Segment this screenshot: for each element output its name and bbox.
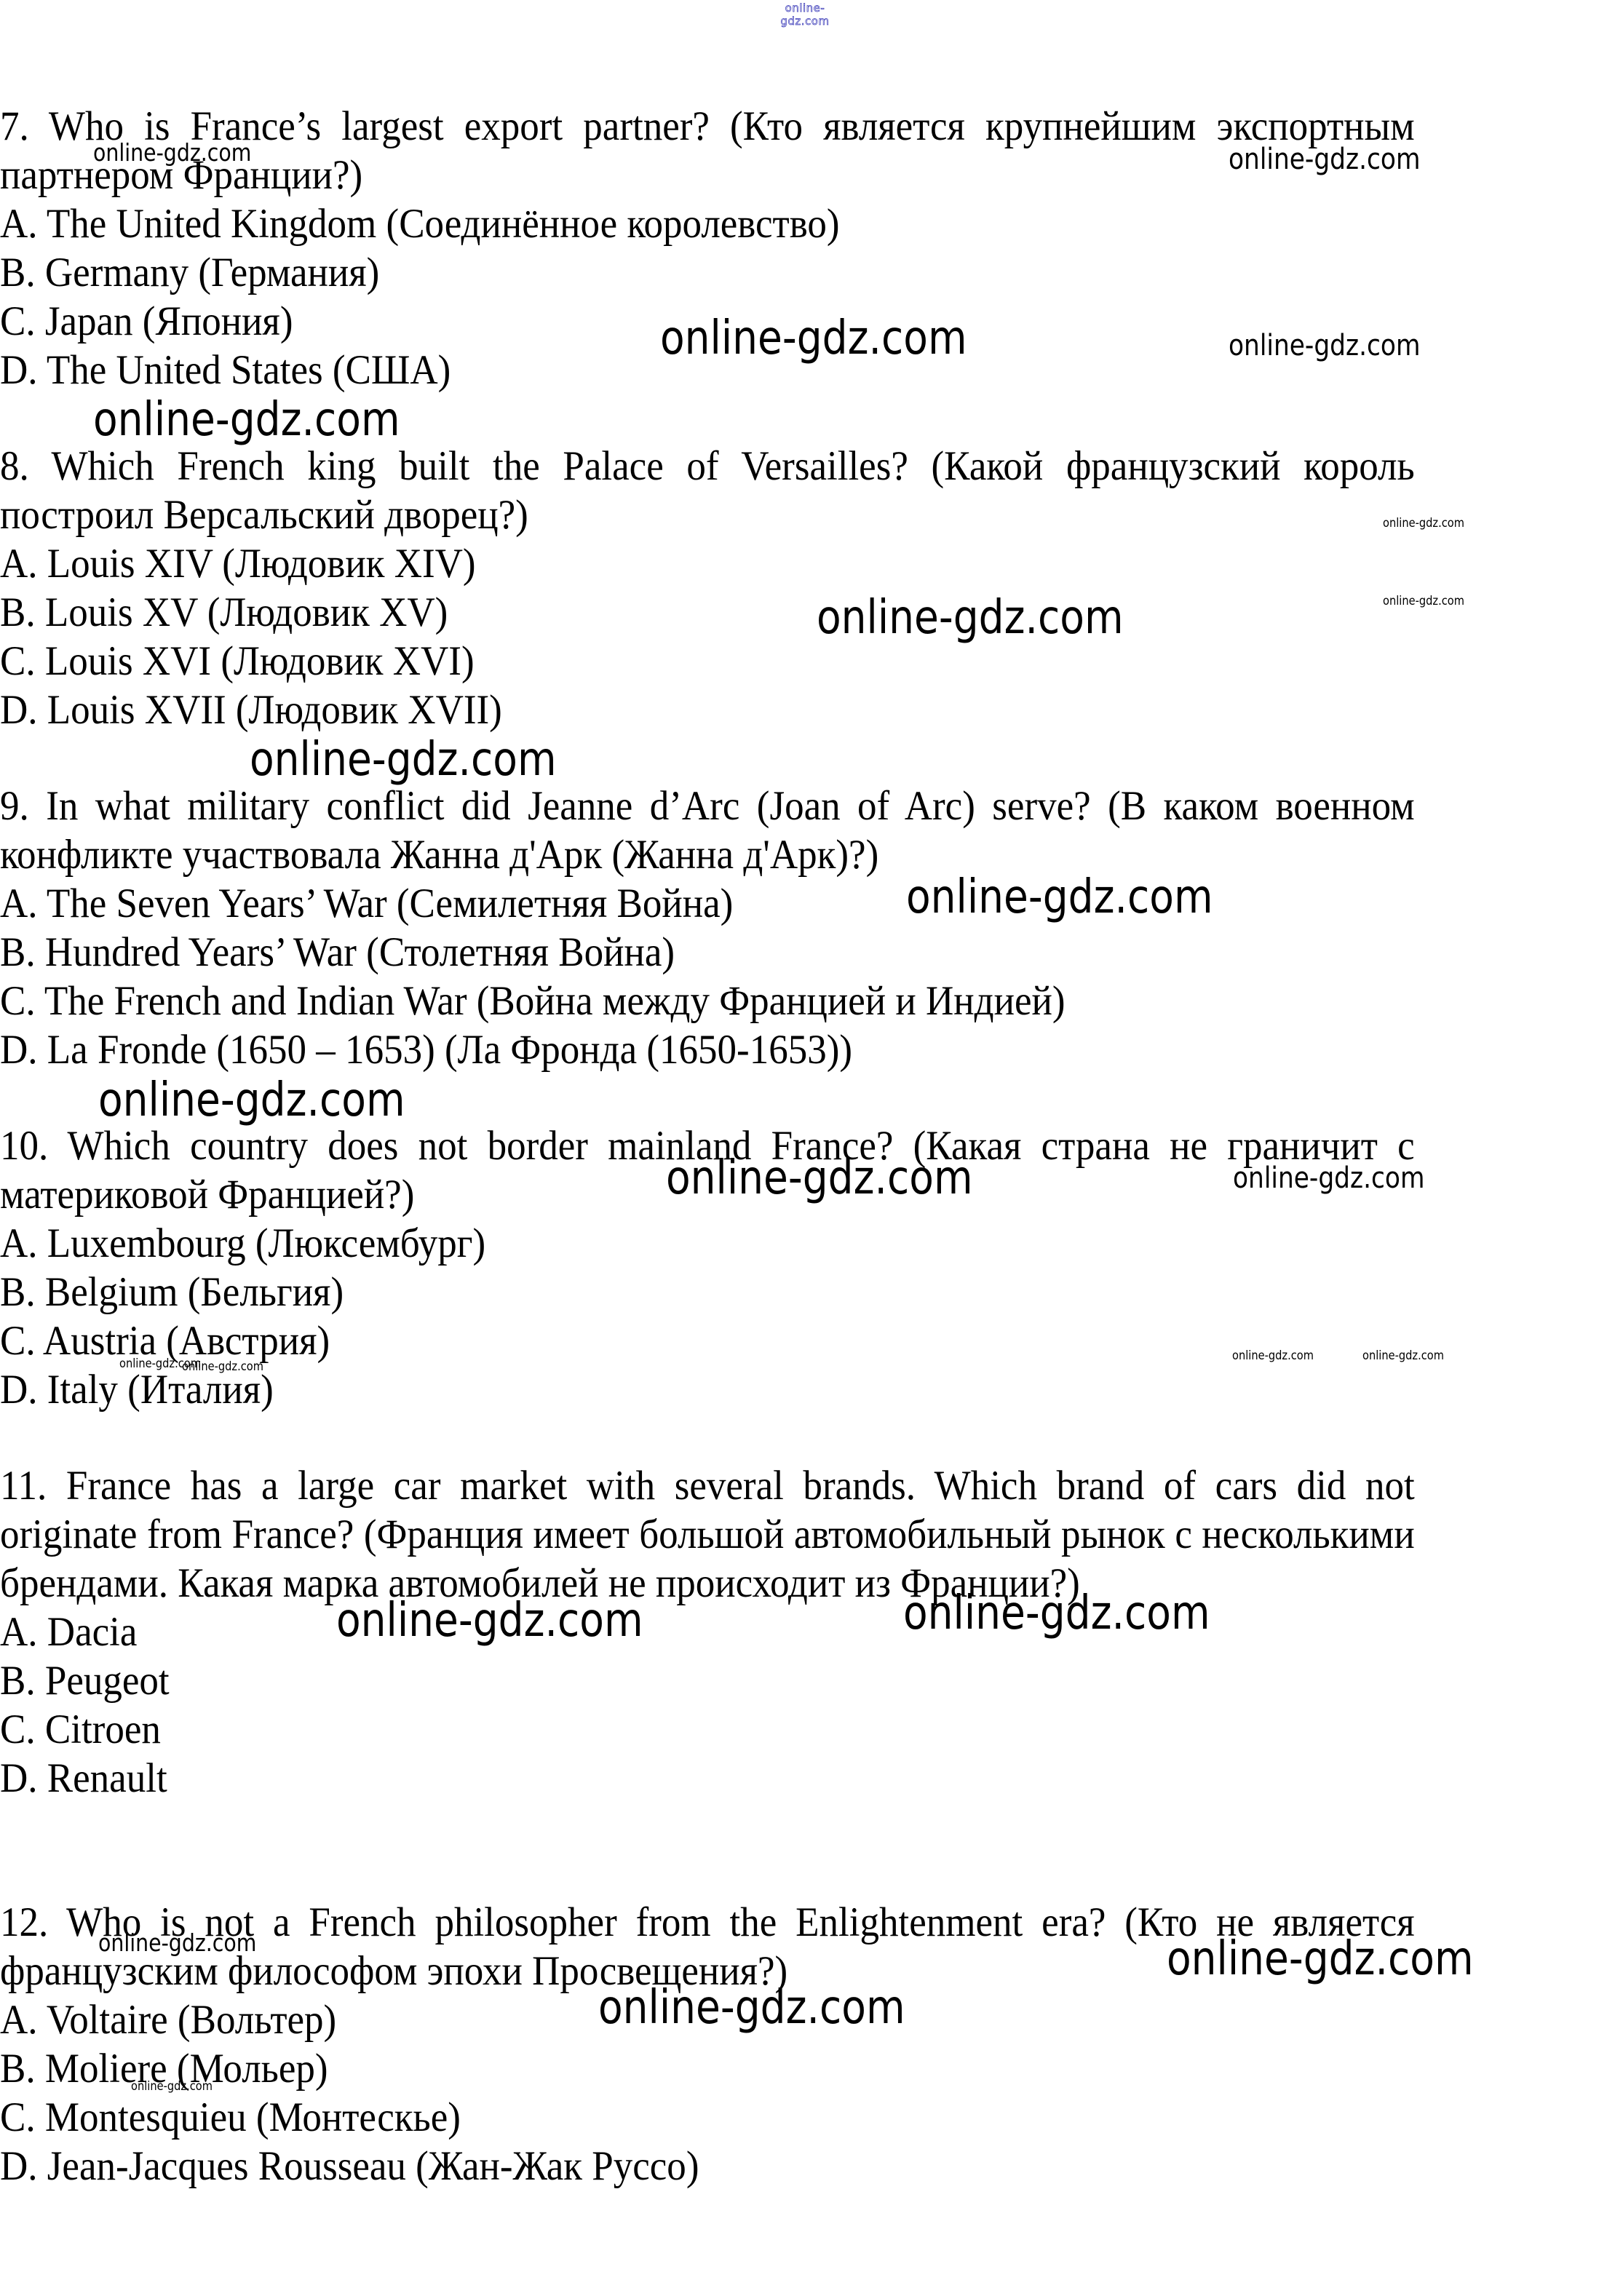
question-12-option-d: D. Jean-Jacques Rousseau (Жан-Жак Руссо) bbox=[0, 2142, 1415, 2190]
watermark: online-gdz.com bbox=[182, 1359, 263, 1374]
question-7-option-b: B. Germany (Германия) bbox=[0, 248, 1415, 297]
question-11-title: 11. France has a large car market with s… bbox=[0, 1461, 1415, 1608]
watermark: online-gdz.com bbox=[1233, 1161, 1424, 1195]
watermark: online-gdz.com bbox=[93, 393, 400, 447]
header-watermark: online-gdz.com bbox=[761, 1, 849, 28]
question-8-option-b: B. Louis XV (Людовик XV) bbox=[0, 588, 1415, 637]
question-11-option-d: D. Renault bbox=[0, 1754, 1415, 1803]
watermark: online-gdz.com bbox=[98, 1928, 256, 1957]
question-9-option-d: D. La Fronde (1650 – 1653) (Ла Фронда (1… bbox=[0, 1025, 1415, 1074]
question-9: 9. In what military conflict did Jeanne … bbox=[0, 782, 1415, 1074]
watermark: online-gdz.com bbox=[98, 1073, 405, 1127]
question-12-option-c: C. Montesquieu (Монтескье) bbox=[0, 2093, 1415, 2142]
watermark: online-gdz.com bbox=[131, 2079, 213, 2094]
watermark: online-gdz.com bbox=[598, 1981, 905, 2035]
watermark: online-gdz.com bbox=[1167, 1932, 1474, 1986]
watermark: online-gdz.com bbox=[1229, 143, 1420, 176]
watermark: online-gdz.com bbox=[93, 138, 251, 167]
question-8-option-a: A. Louis XIV (Людовик XIV) bbox=[0, 539, 1415, 588]
question-11-option-c: C. Citroen bbox=[0, 1705, 1415, 1754]
question-8-title: 8. Which French king built the Palace of… bbox=[0, 442, 1415, 539]
question-10-option-a: A. Luxembourg (Люксембург) bbox=[0, 1219, 1415, 1268]
watermark: online-gdz.com bbox=[336, 1594, 643, 1648]
watermark: online-gdz.com bbox=[1383, 594, 1464, 608]
watermark: online-gdz.com bbox=[660, 311, 967, 365]
question-7-option-a: A. The United Kingdom (Соединённое корол… bbox=[0, 199, 1415, 248]
watermark: online-gdz.com bbox=[250, 733, 557, 787]
question-9-title: 9. In what military conflict did Jeanne … bbox=[0, 782, 1415, 879]
question-8-option-c: C. Louis XVI (Людовик XVI) bbox=[0, 637, 1415, 686]
question-8-option-d: D. Louis XVII (Людовик XVII) bbox=[0, 686, 1415, 734]
watermark: online-gdz.com bbox=[666, 1151, 973, 1205]
document-page: online-gdz.com 7. Who is France’s larges… bbox=[0, 0, 1615, 2296]
question-11-option-b: B. Peugeot bbox=[0, 1656, 1415, 1705]
watermark: online-gdz.com bbox=[906, 870, 1213, 924]
question-10-option-c: C. Austria (Австрия) bbox=[0, 1316, 1415, 1365]
watermark: online-gdz.com bbox=[1229, 329, 1420, 362]
watermark: online-gdz.com bbox=[1362, 1348, 1444, 1363]
watermark: online-gdz.com bbox=[903, 1586, 1210, 1640]
watermark: online-gdz.com bbox=[1232, 1348, 1314, 1363]
question-9-option-c: C. The French and Indian War (Война межд… bbox=[0, 977, 1415, 1025]
watermark: online-gdz.com bbox=[1383, 516, 1464, 531]
question-9-option-b: B. Hundred Years’ War (Столетняя Война) bbox=[0, 928, 1415, 977]
watermark: online-gdz.com bbox=[817, 591, 1124, 645]
question-8: 8. Which French king built the Palace of… bbox=[0, 442, 1415, 734]
question-10-option-b: B. Belgium (Бельгия) bbox=[0, 1268, 1415, 1316]
